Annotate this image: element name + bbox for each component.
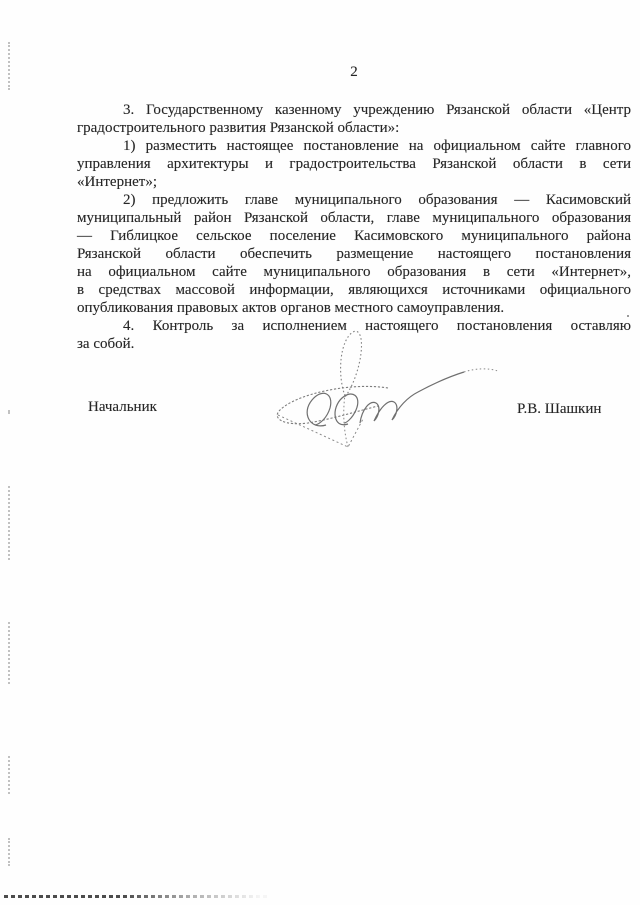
scan-artifact-left-dots bbox=[8, 486, 10, 560]
text-line: 3. Государственному казенному учреждению… bbox=[77, 101, 631, 119]
scan-artifact-left-dots bbox=[8, 410, 10, 414]
signoff-name: Р.В. Шашкин bbox=[517, 401, 601, 418]
scan-artifact-left-dots bbox=[8, 622, 10, 684]
signoff-position-label: Начальник bbox=[88, 399, 157, 416]
text-line: — Гиблицкое сельское поселение Касимовск… bbox=[77, 227, 631, 245]
handwritten-signature-icon bbox=[268, 324, 500, 452]
page-number: 2 bbox=[77, 64, 631, 81]
text-line: в средствах массовой информации, являющи… bbox=[77, 281, 631, 299]
scan-artifact-left-dots bbox=[8, 838, 10, 866]
scan-artifact-speck bbox=[627, 315, 629, 317]
paragraph: 1) разместить настоящее постановление на… bbox=[77, 137, 631, 191]
text-line: 1) разместить настоящее постановление на… bbox=[77, 137, 631, 155]
text-line: Рязанской области обеспечить размещение … bbox=[77, 245, 631, 263]
scan-artifact-left-dots bbox=[8, 756, 10, 794]
paragraph: 2) предложить главе муниципального образ… bbox=[77, 191, 631, 317]
scanned-document-page: 2 3. Государственному казенному учрежден… bbox=[0, 0, 640, 905]
text-line: 2) предложить главе муниципального образ… bbox=[77, 191, 631, 209]
text-line: градостроительного развития Рязанской об… bbox=[77, 119, 631, 137]
text-line: муниципальный район Рязанской области, г… bbox=[77, 209, 631, 227]
scan-artifact-left-dots bbox=[8, 42, 10, 90]
document-body: 3. Государственному казенному учреждению… bbox=[77, 101, 631, 353]
text-line: управления архитектуры и градостроительс… bbox=[77, 155, 631, 173]
paragraph: 3. Государственному казенному учреждению… bbox=[77, 101, 631, 137]
text-line: на официальном сайте муниципального обра… bbox=[77, 263, 631, 281]
scan-artifact-bottom-dashed-line bbox=[4, 895, 270, 898]
text-line: «Интернет»; bbox=[77, 173, 631, 191]
text-line: опубликования правовых актов органов мес… bbox=[77, 299, 631, 317]
